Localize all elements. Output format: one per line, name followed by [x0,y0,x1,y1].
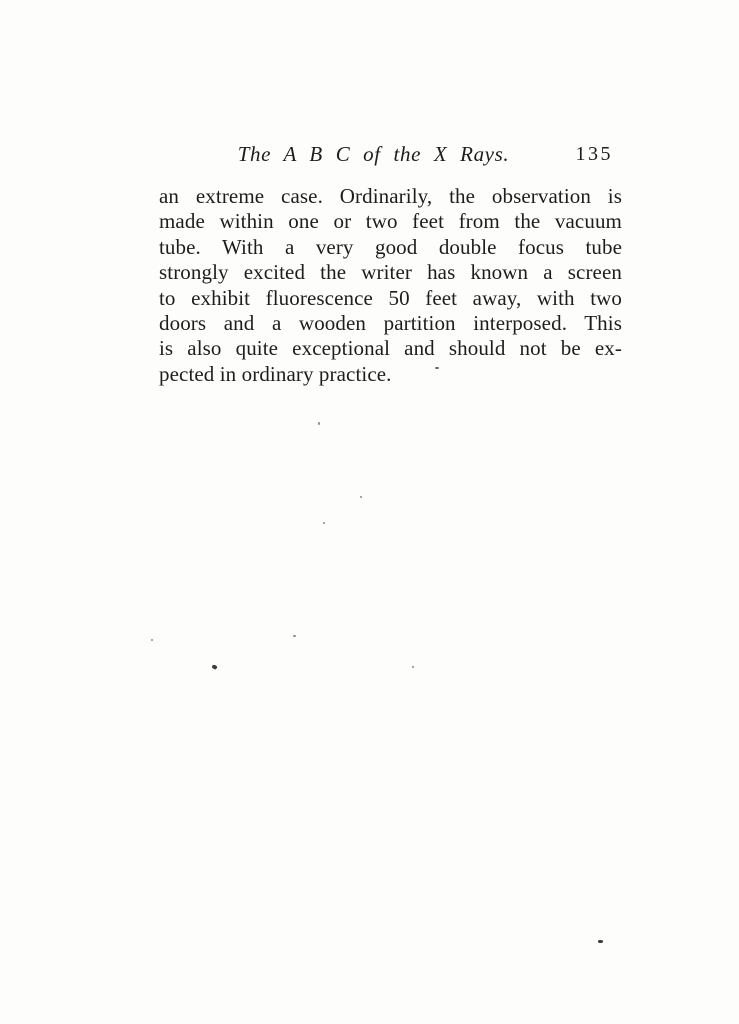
ink-speck [318,422,320,425]
ink-speck [211,664,217,670]
paragraph-line: made within one or two feet from the vac… [159,209,622,234]
paragraph-line: to exhibit fluorescence 50 feet away, wi… [159,286,622,311]
ink-speck [360,496,362,498]
paragraph-line: tube. With a very good double focus tube [159,235,622,260]
paragraph-line: doors and a wooden partition interposed.… [159,311,622,336]
paragraph-line: strongly excited the writer has known a … [159,260,622,285]
ink-speck [151,639,153,641]
paragraph-line: pected in ordinary practice. [159,362,622,387]
text-column: The A B C of the X Rays. 135 an extreme … [159,141,622,387]
running-header: The A B C of the X Rays. 135 [159,141,622,167]
book-page: { "page": { "header": { "title": "The A … [0,0,739,1024]
ink-speck [598,940,603,943]
body-paragraph: an extreme case. Ordinarily, the observa… [159,184,622,387]
ink-speck [323,522,325,524]
ink-speck [412,666,414,668]
ink-speck [293,635,296,637]
ink-speck [435,367,439,369]
paragraph-line: is also quite exceptional and should not… [159,336,622,361]
running-header-title: The A B C of the X Rays. [159,141,622,167]
paragraph-line: an extreme case. Ordinarily, the observa… [159,184,622,209]
page-number: 135 [576,141,614,167]
